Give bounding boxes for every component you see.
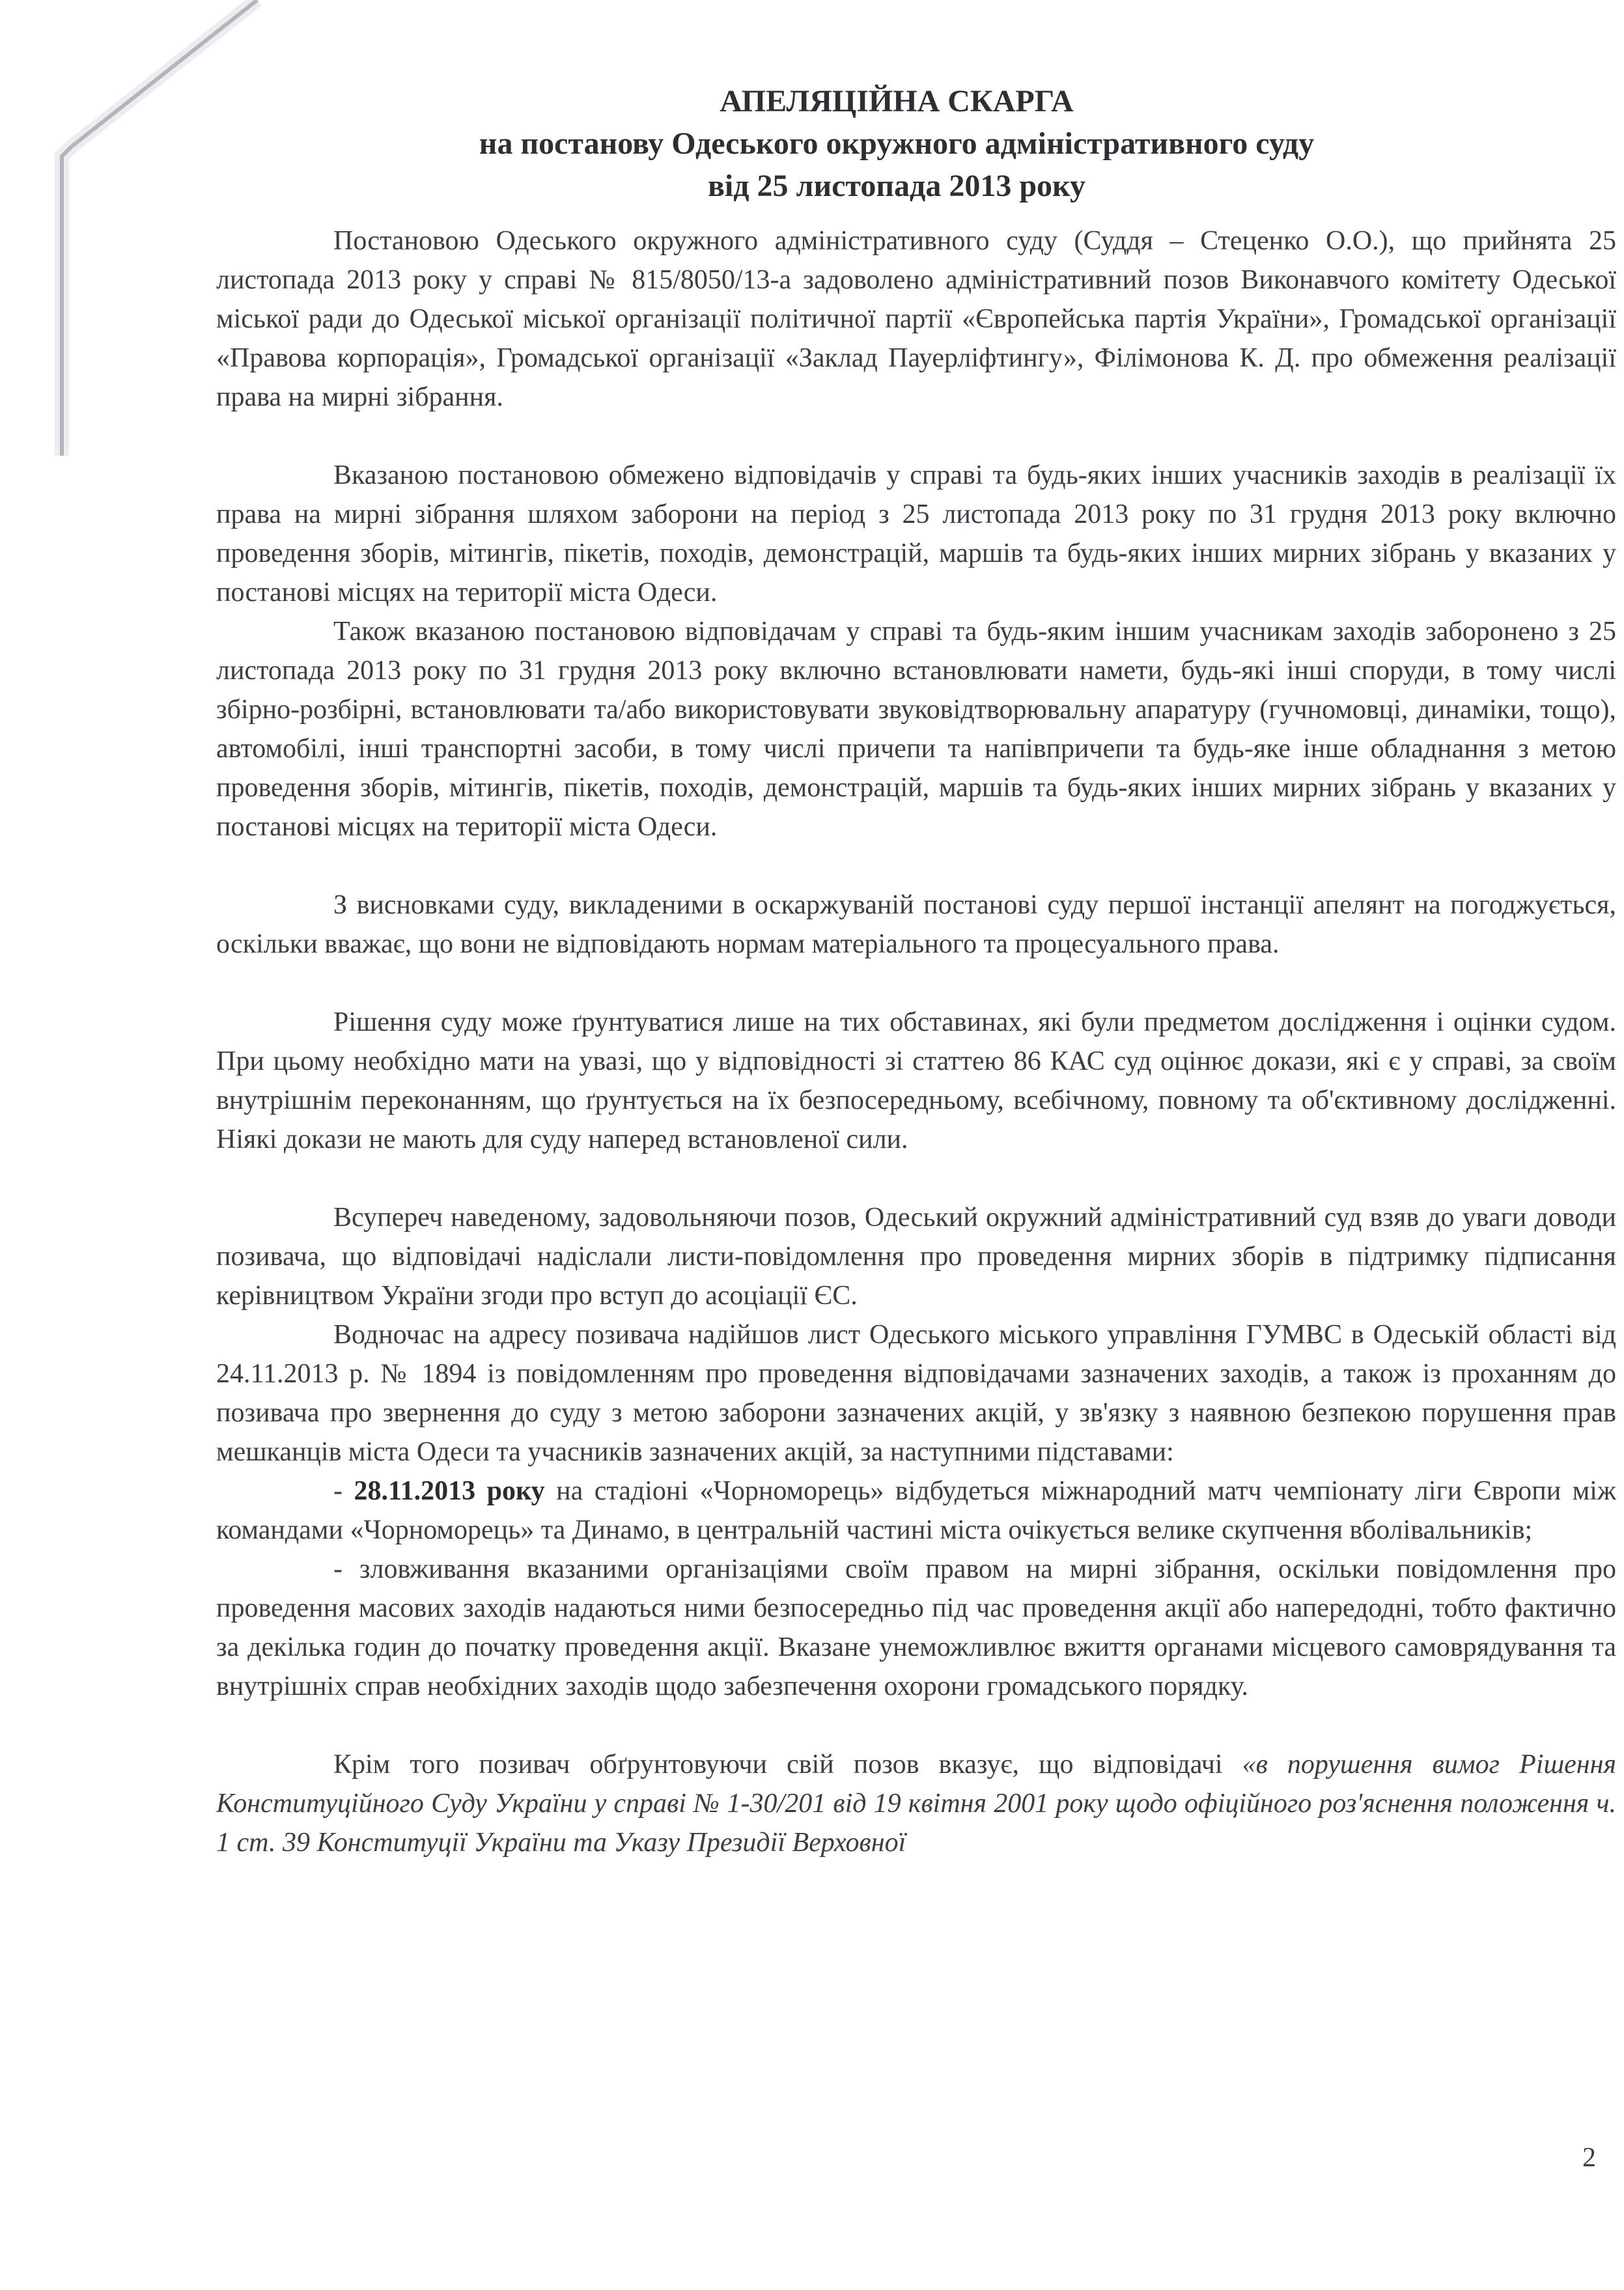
document-title: АПЕЛЯЦІЙНА СКАРГА [85,83,1624,119]
paragraph-4: З висновками суду, викладеними в оскаржу… [216,886,1616,964]
paragraph-5: Рішення суду може ґрунтуватися лише на т… [216,1003,1616,1159]
document-subtitle: на постанову Одеського окружного адмініс… [85,126,1624,161]
bullet-item-match: - 28.11.2013 року на стадіоні «Чорноморе… [216,1472,1616,1550]
paragraph-6: Всупереч наведеному, задовольняючи позов… [216,1198,1616,1315]
bullet-date-bold: 28.11.2013 року [354,1476,544,1506]
paragraph-7: Водночас на адресу позивача надійшов лис… [216,1315,1616,1472]
bullet-prefix: - [333,1476,354,1506]
paragraph-3: Також вказаною постановою відповідачам у… [216,612,1616,846]
bullet-item-abuse: - зловживання вказаними організаціями св… [216,1550,1616,1706]
paragraph-10: Крім того позивач обґрунтовуючи свій поз… [216,1745,1616,1862]
paragraph-10-text: Крім того позивач обґрунтовуючи свій поз… [333,1750,1242,1780]
paragraph-1: Постановою Одеського окружного адміністр… [216,221,1616,417]
paragraph-2: Вказаною постановою обмежено відповідачі… [216,456,1616,612]
page-number: 2 [1582,2142,1596,2173]
document-date: від 25 листопада 2013 року [85,168,1624,204]
document-body: Постановою Одеського окружного адміністр… [216,221,1616,1862]
document-page: АПЕЛЯЦІЙНА СКАРГА на постанову Одеського… [0,0,1624,2290]
